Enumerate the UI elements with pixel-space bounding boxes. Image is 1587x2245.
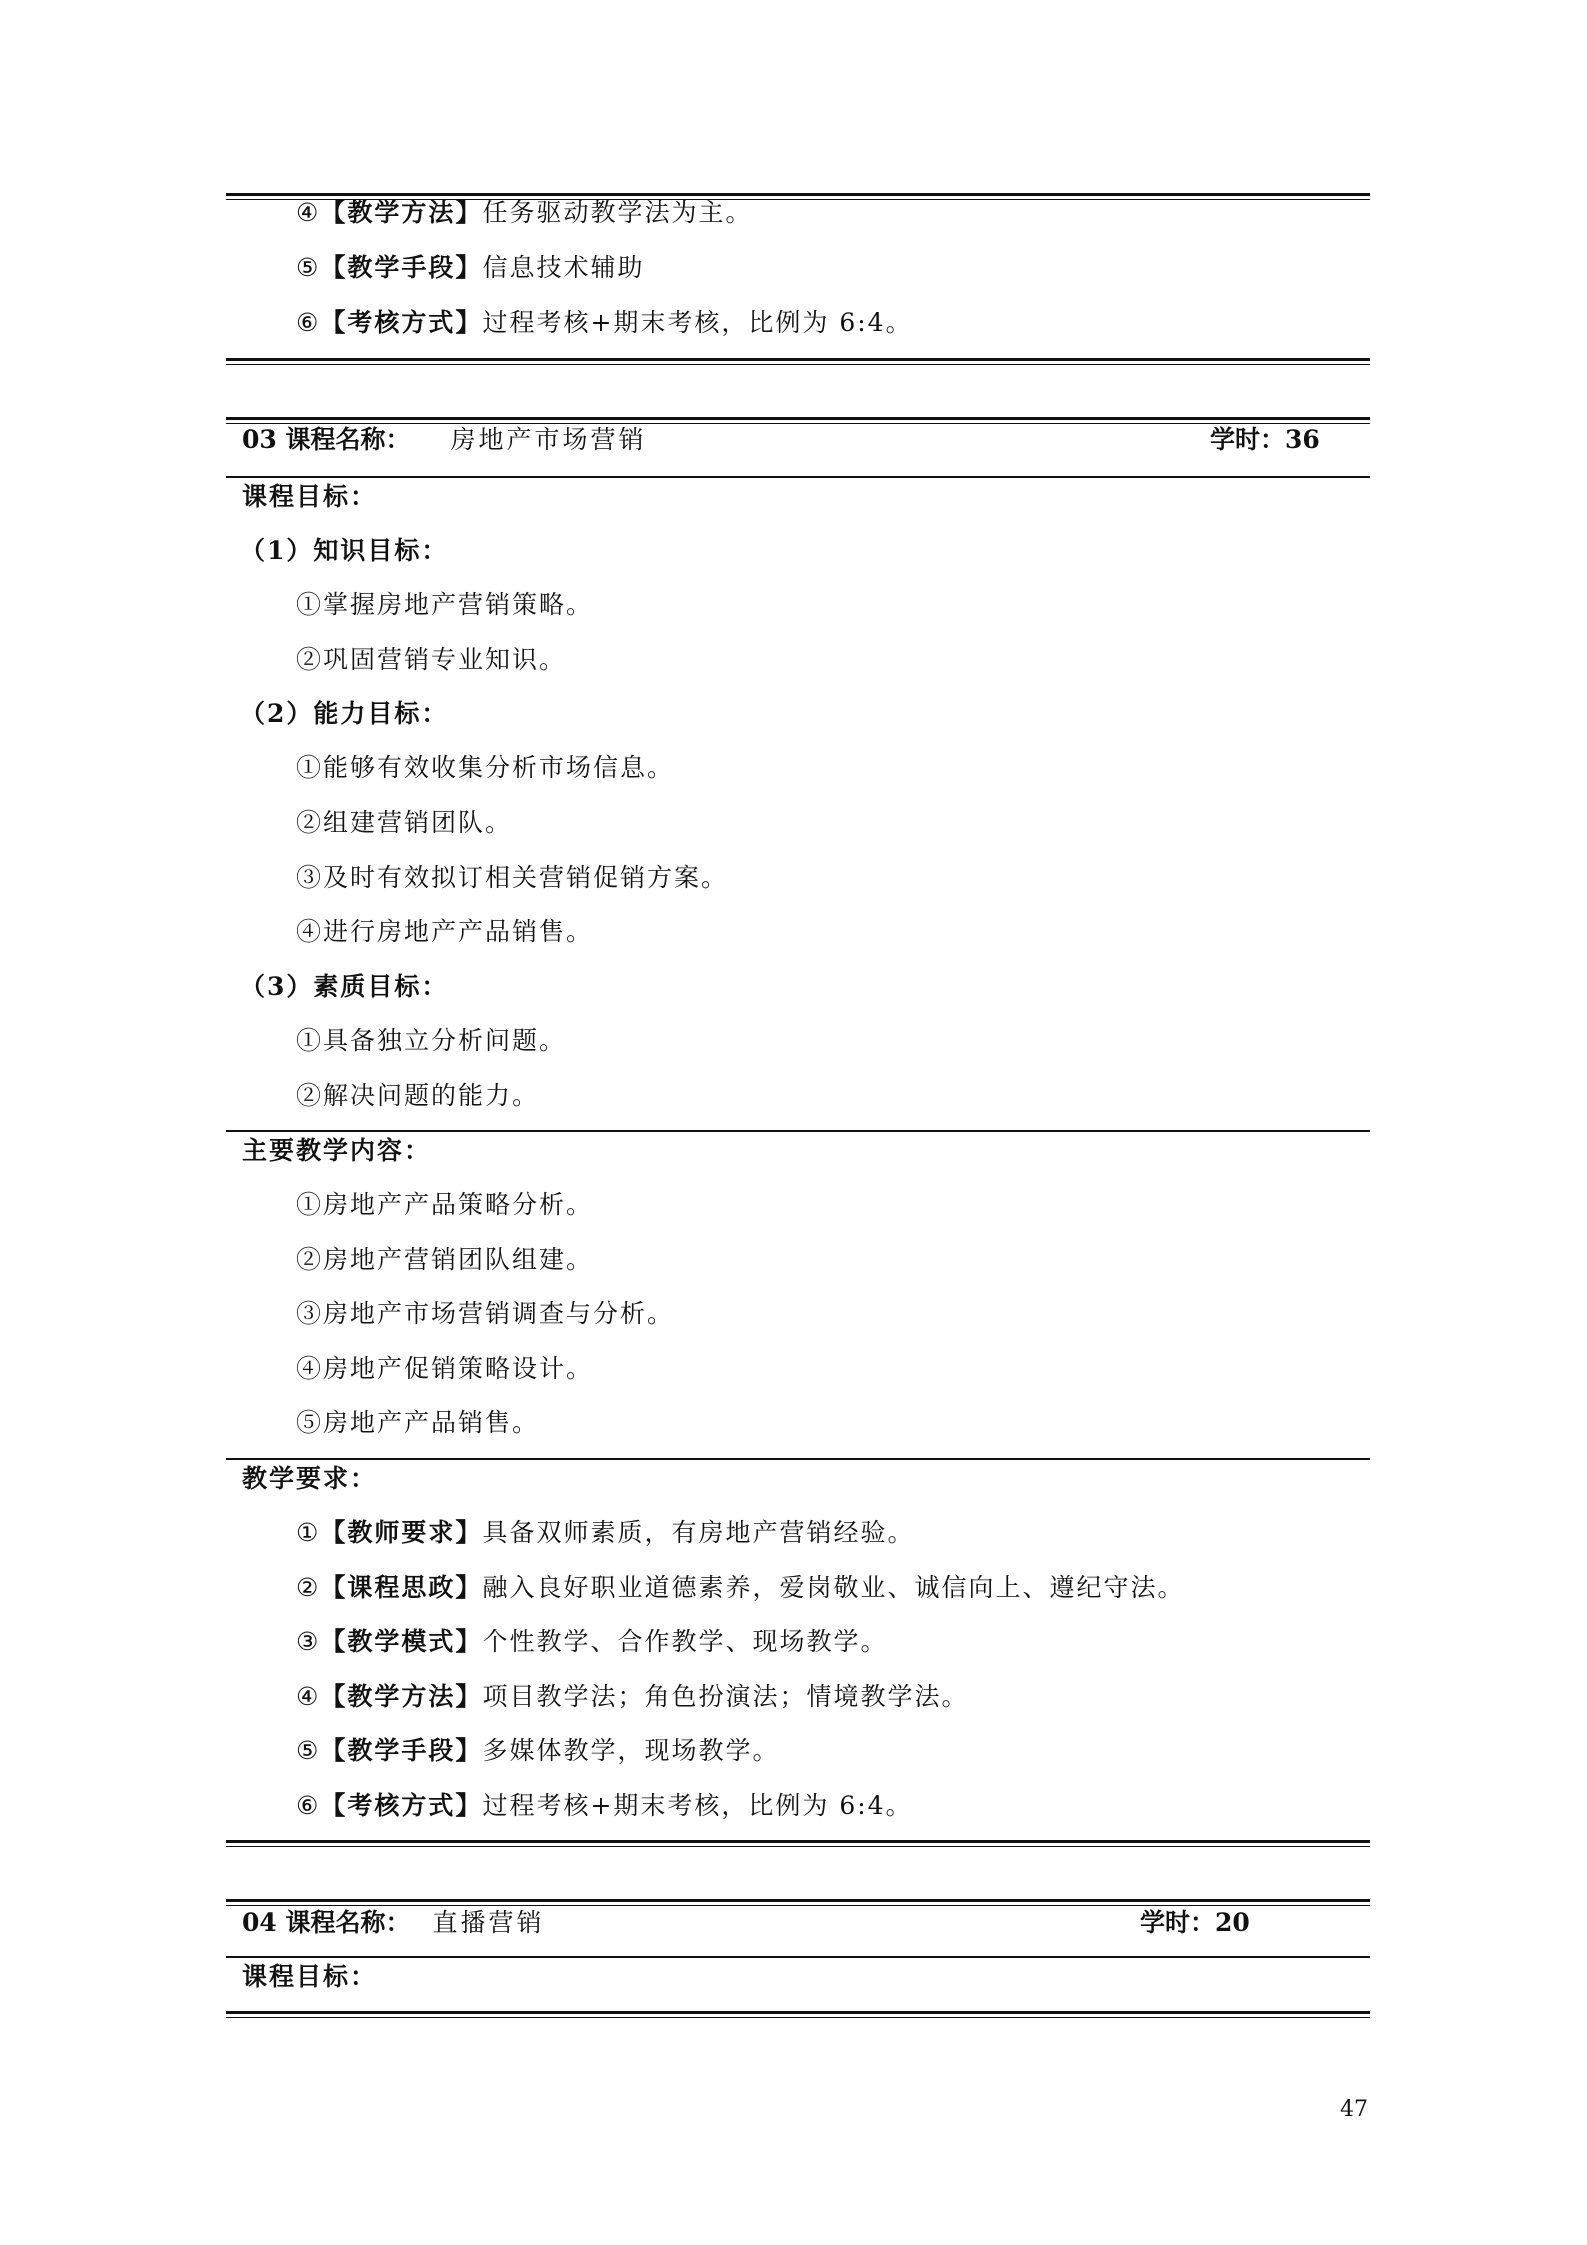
- course-name: 直播营销: [433, 1908, 545, 1937]
- course-label: 03 课程名称：: [242, 425, 411, 454]
- goals-heading: 课程目标：: [242, 1962, 377, 1992]
- prev-requirement-4: ④【教学方法】任务驱动教学法为主。: [296, 198, 752, 228]
- requirement-item: ③【教学模式】个性教学、合作教学、现场教学。: [296, 1627, 887, 1657]
- course04-bottom-border: [226, 2011, 1370, 2018]
- divider: [226, 1130, 1370, 1132]
- course04-top-border: [226, 1899, 1370, 1906]
- prev-requirement-5: ⑤【教学手段】信息技术辅助: [296, 253, 644, 283]
- divider: [226, 1458, 1370, 1460]
- requirement-item: ⑥【考核方式】过程考核+期末考核，比例为 6:4。: [296, 1791, 913, 1821]
- prev-requirement-6: ⑥【考核方式】过程考核+期末考核，比例为 6:4。: [296, 308, 913, 338]
- goals-heading: 课程目标：: [242, 482, 377, 512]
- content-item: ③房地产市场营销调查与分析。: [296, 1299, 674, 1329]
- requirements-heading: 教学要求：: [242, 1464, 377, 1494]
- course-hours: 学时：36: [1210, 425, 1320, 455]
- ability-item: ④进行房地产产品销售。: [296, 917, 593, 947]
- knowledge-heading: （1）知识目标：: [240, 536, 448, 566]
- page-number: 47: [1340, 2097, 1368, 2122]
- course-hours: 学时：20: [1140, 1908, 1250, 1938]
- quality-item: ①具备独立分析问题。: [296, 1026, 566, 1056]
- requirement-item: ④【教学方法】项目教学法；角色扮演法；情境教学法。: [296, 1682, 968, 1712]
- divider: [226, 476, 1370, 478]
- content-heading: 主要教学内容：: [242, 1136, 431, 1166]
- document-page: ④【教学方法】任务驱动教学法为主。 ⑤【教学手段】信息技术辅助 ⑥【考核方式】过…: [0, 0, 1587, 2245]
- knowledge-item: ①掌握房地产营销策略。: [296, 590, 593, 620]
- divider: [226, 1956, 1370, 1958]
- table-bottom-border: [226, 358, 1370, 365]
- content-item: ④房地产促销策略设计。: [296, 1354, 593, 1384]
- course-name: 房地产市场营销: [451, 425, 647, 454]
- quality-heading: （3）素质目标：: [240, 972, 448, 1002]
- knowledge-item: ②巩固营销专业知识。: [296, 645, 566, 675]
- course03-top-border: [226, 417, 1370, 424]
- ability-item: ③及时有效拟订相关营销促销方案。: [296, 863, 728, 893]
- content-item: ⑤房地产产品销售。: [296, 1408, 539, 1438]
- content-item: ①房地产产品策略分析。: [296, 1190, 593, 1220]
- course03-bottom-border: [226, 1840, 1370, 1847]
- requirement-item: ①【教师要求】具备双师素质，有房地产营销经验。: [296, 1518, 914, 1548]
- course03-title-row: 03 课程名称：房地产市场营销 学时：36: [242, 425, 1322, 455]
- ability-item: ②组建营销团队。: [296, 808, 512, 838]
- content-item: ②房地产营销团队组建。: [296, 1245, 593, 1275]
- requirement-item: ②【课程思政】融入良好职业道德素养，爱岗敬业、诚信向上、遵纪守法。: [296, 1573, 1184, 1603]
- quality-item: ②解决问题的能力。: [296, 1081, 539, 1111]
- course-label: 04 课程名称：: [242, 1908, 411, 1937]
- course04-title-row: 04 课程名称：直播营销 学时：20: [242, 1908, 1322, 1938]
- requirement-item: ⑤【教学手段】多媒体教学，现场教学。: [296, 1736, 779, 1766]
- ability-item: ①能够有效收集分析市场信息。: [296, 753, 674, 783]
- ability-heading: （2）能力目标：: [240, 699, 448, 729]
